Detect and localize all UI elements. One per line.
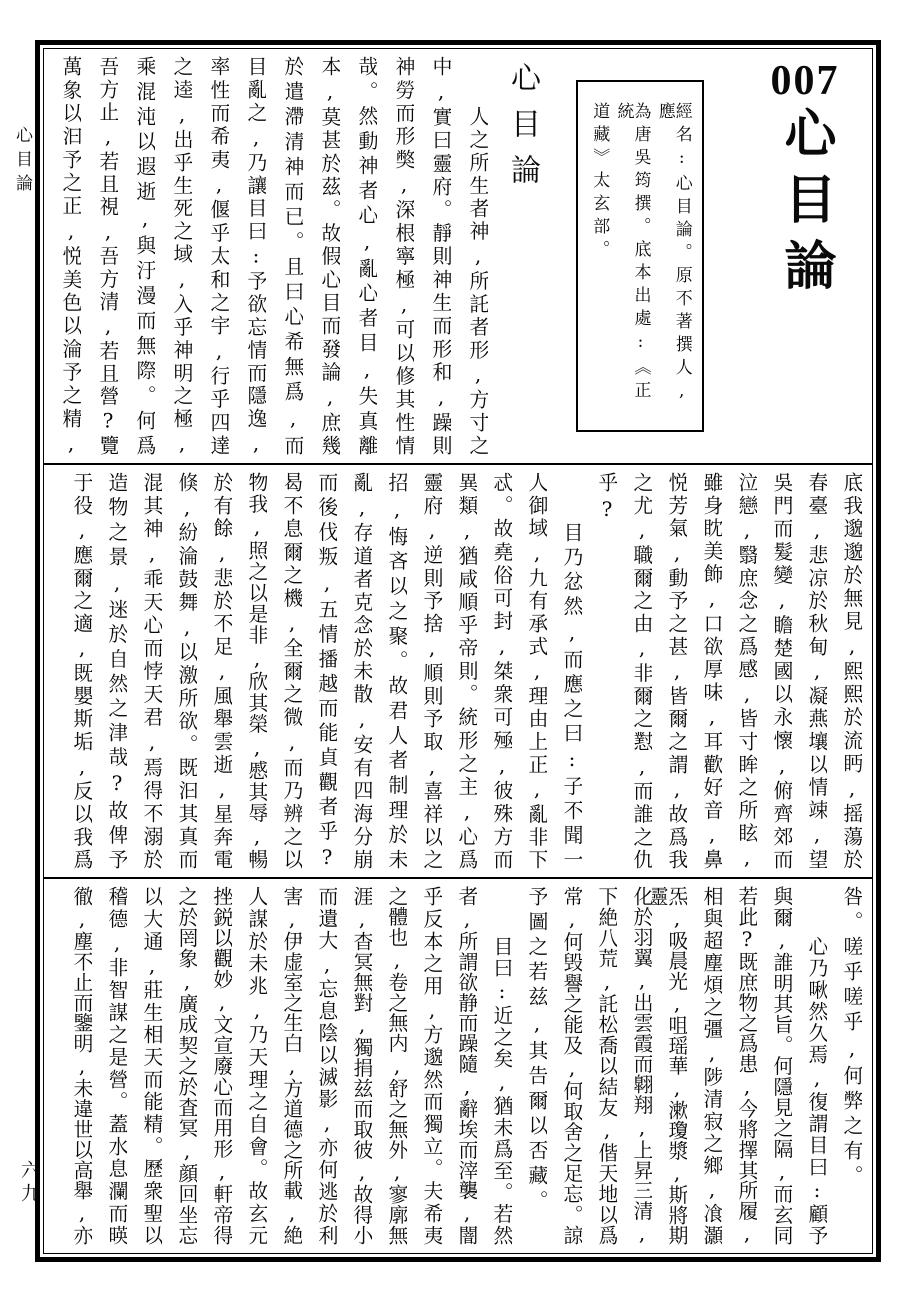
text-column: 目亂之,乃讓目曰:予欲忘情而隱逸, [229, 56, 266, 455]
text-column: 吾方止,若且視,吾方清,若且營?覽 [81, 56, 118, 455]
text-column: 于役,應爾之適,既嬰斯垢,反以我爲 [57, 472, 92, 869]
title-number: 007 [771, 60, 840, 102]
text-column: 春臺,悲凉於秋甸,凝燕壤以情竦,望 [792, 472, 827, 869]
text-column: 害,伊虚室之生白,方道德之所載,絶 [267, 886, 302, 1245]
text-column: 炁,吸晨光,咀瑶華,漱瓊漿,斯將期靈 [652, 886, 687, 1245]
text-column: 悦芳氣,動予之甚,皆爾之謂,故爲我 [652, 472, 687, 869]
text-column: 曷不息爾之機,全爾之微,而乃辨之以 [267, 472, 302, 869]
text-column: 相與超塵煩之彊,陟清寂之鄉,飡灝 [687, 886, 722, 1245]
text-column: 底我邈邈於無見,熙熙於流眄,摇蕩於 [827, 472, 862, 869]
text-band-top: 007 心目論 經名:心目論。原不著撰人,應 為唐吳筠撰。底本出處:《正統 道藏… [44, 49, 872, 463]
text-column: 異類,猶咸順乎帝則。統形之主,心爲 [442, 472, 477, 869]
text-column: 忒。故堯俗可封,桀衆可殛,彼殊方而 [477, 472, 512, 869]
text-column: 者,所謂欲静而躁隨,辭埃而滓襲,闇 [442, 886, 477, 1245]
margin-title: 心目論 [10, 126, 35, 198]
text-column: 人御域,九有承式,理由上正,亂非下 [512, 472, 547, 869]
text-column: 予圖之若兹,其告爾以否藏。 [512, 886, 547, 1245]
text-column: 目曰:近之矣,猶未爲至。若然 [477, 936, 512, 1245]
text-column: 目乃忿然,而應之曰:子不聞一 [547, 522, 582, 869]
text-column: 與爾,誰明其旨。何隱見之隔,而玄同 [757, 886, 792, 1245]
text-column: 混其神,乖天心而悖天君,焉得不溺於 [127, 472, 162, 869]
text-column: 涯,杳冥無對,獨捐兹而取彼,故得小 [337, 886, 372, 1245]
text-column: 靈府,逆則予捨,順則予取,喜祥以之 [407, 472, 442, 869]
text-column: 心乃啾然久焉,復謂目曰:顧予 [792, 936, 827, 1245]
text-column: 雖身眈美飾,口欲厚味,耳歡好音,鼻 [687, 472, 722, 869]
column-flow-top: 007 心目論 經名:心目論。原不著撰人,應 為唐吳筠撰。底本出處:《正統 道藏… [54, 56, 862, 455]
text-column: 咎。嗟乎嗟乎,何弊之有。 [827, 886, 862, 1245]
text-column: 挫鋭以觀妙,文宣廢心而用形,軒帝得 [197, 886, 232, 1245]
text-column: 徹,塵不止而鑒明,未違世以高舉,亦 [57, 886, 92, 1245]
column-flow-middle: 底我邈邈於無見,熙熙於流眄,摇蕩於春臺,悲凉於秋甸,凝燕壤以情竦,望吳門而髮變,… [54, 472, 862, 869]
colophon-column: 經名:心目論。原不著撰人,應 [656, 102, 690, 422]
text-column: 於遣滯清神而已。且曰心希無爲,而 [266, 56, 303, 455]
text-column: 而遺大,忘息陰以滅影,亦何逃於利 [302, 886, 337, 1245]
frame-inner-rule: 007 心目論 經名:心目論。原不著撰人,應 為唐吳筠撰。底本出處:《正統 道藏… [43, 48, 873, 1254]
text-column: 哉。然動神者心,亂心者目,失真離 [340, 56, 377, 455]
text-column: 以大通,莊生相天而能精。歷衆聖以 [127, 886, 162, 1245]
colophon-box: 經名:心目論。原不著撰人,應 為唐吳筠撰。底本出處:《正統 道藏》太玄部。 [576, 80, 704, 432]
text-column: 人謀於未兆,乃天理之自會。故玄元 [232, 886, 267, 1245]
colophon-column: 為唐吳筠撰。底本出處:《正統 [615, 102, 649, 422]
text-column: 之尤,職爾之由,非爾之懟,而誰之仇 [617, 472, 652, 869]
text-column: 率性而希夷,偃乎太和之宇,行乎四達 [192, 56, 229, 455]
text-column: 中,實曰靈府。靜則神生而形和,躁則 [414, 56, 451, 455]
text-column: 乎反本之用,方邈然而獨立。夫希夷 [407, 886, 442, 1245]
scanned-page: 心目論 六九 007 心目論 經名:心目論。原不著撰人,應 為唐吳筠撰。底本出處… [0, 0, 900, 1300]
text-column: 泣戀,翳庶念之爲感,皆寸眸之所眩, [722, 472, 757, 869]
text-column: 造物之景,迷於自然之津哉?故俾予 [92, 472, 127, 869]
text-column: 若此?既庶物之爲患,今將擇其所履, [722, 886, 757, 1245]
text-column: 之於罔象,廣成契之於査冥,顔回坐忘 [162, 886, 197, 1245]
text-column: 之逵,出乎生死之域,入乎神明之極, [155, 56, 192, 455]
text-column: 亂,存道者克念於未散,安有四海分崩 [337, 472, 372, 869]
text-column: 之體也,卷之無内,舒之無外,寥廓無 [372, 886, 407, 1245]
colophon-column: 道藏》太玄部。 [590, 102, 607, 422]
text-column: 乎? [582, 472, 617, 869]
text-band-bottom: 咎。嗟乎嗟乎,何弊之有。心乃啾然久焉,復謂目曰:顧予與爾,誰明其旨。何隱見之隔,… [44, 877, 872, 1253]
text-column: 下絶八荒,託松喬以結友,偕天地以爲 [582, 886, 617, 1245]
text-column: 人之所生者神,所託者形,方寸之 [451, 106, 488, 455]
text-column: 本,莫甚於茲。故假心目而發論,庶幾 [303, 56, 340, 455]
text-column: 而後伐叛,五情播越而能貞觀者乎? [302, 472, 337, 869]
text-column: 常,何毁譽之能及,何取舍之足忘。諒 [547, 886, 582, 1245]
text-column: 物我,照之以是非,欣其榮,慼其辱,暢 [232, 472, 267, 869]
page-frame: 007 心目論 經名:心目論。原不著撰人,應 為唐吳筠撰。底本出處:《正統 道藏… [35, 40, 881, 1262]
text-column: 倏,紛淪鼓舞,以激所欲。既汩其真而 [162, 472, 197, 869]
text-column: 乘混沌以遐逝,與汙漫而無際。何爲 [118, 56, 155, 455]
column-flow-bottom: 咎。嗟乎嗟乎,何弊之有。心乃啾然久焉,復謂目曰:顧予與爾,誰明其旨。何隱見之隔,… [54, 886, 862, 1245]
text-column: 神勞而形獘,深根寧極,可以修其性情 [377, 56, 414, 455]
text-band-middle: 底我邈邈於無見,熙熙於流眄,摇蕩於春臺,悲凉於秋甸,凝燕壤以情竦,望吳門而髮變,… [44, 463, 872, 877]
title-block: 007 心目論 [748, 56, 862, 455]
title-name: 心目論 [779, 106, 831, 304]
text-column: 萬象以汩予之正,悦美色以淪予之精, [44, 56, 81, 455]
text-column: 於有餘,悲於不足,風舉雲逝,星奔電 [197, 472, 232, 869]
text-column: 招,悔吝以之聚。故君人者制理於未 [372, 472, 407, 869]
text-column: 稽德,非智謀之是營。蓋水息瀾而暎 [92, 886, 127, 1245]
section-heading: 心目論 [488, 56, 544, 455]
text-column: 吳門而髮變,瞻楚國以永懷,俯齊郊而 [757, 472, 792, 869]
text-column: 化於羽翼,出雲霞而翺翔,上昇三清, [617, 886, 652, 1245]
